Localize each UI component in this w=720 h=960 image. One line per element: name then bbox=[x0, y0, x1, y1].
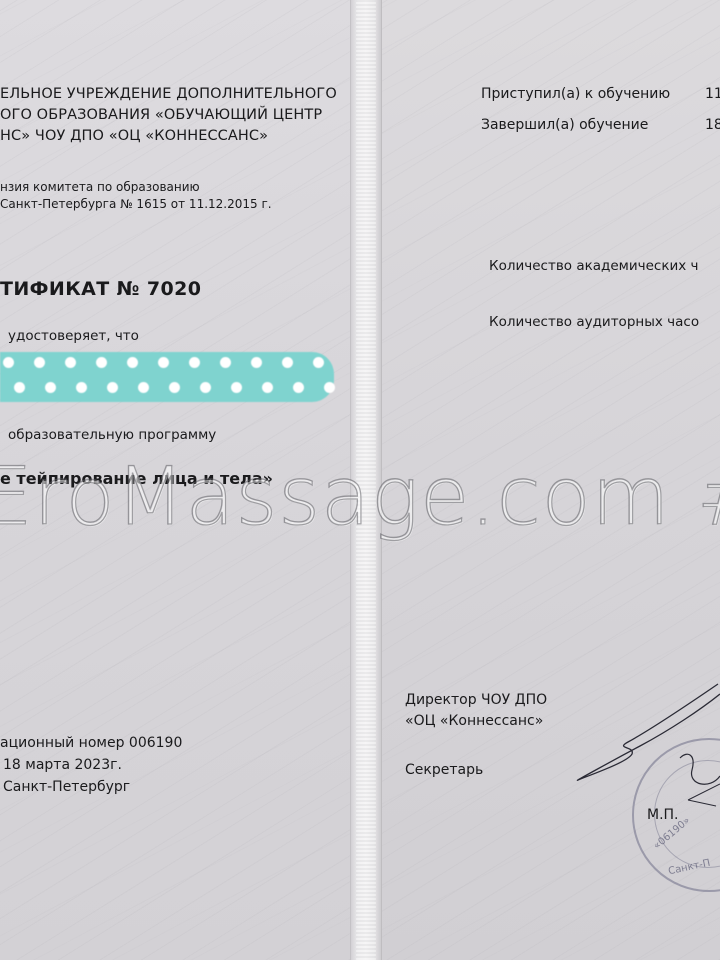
redaction-dot bbox=[200, 382, 211, 393]
started-value: 11 bbox=[705, 86, 720, 102]
redaction-dot bbox=[76, 382, 87, 393]
stamp-place-label: М.П. bbox=[647, 807, 679, 823]
redaction-dot bbox=[138, 382, 149, 393]
redaction-dot bbox=[293, 382, 304, 393]
redaction-dot bbox=[158, 357, 169, 368]
redaction-dot bbox=[324, 382, 335, 393]
name-redaction-overlay bbox=[0, 352, 334, 402]
registration-number: ационный номер 006190 bbox=[0, 735, 182, 751]
finished-label: Завершил(а) обучение bbox=[481, 117, 648, 133]
certificate-title: ТИФИКАТ № 7020 bbox=[0, 278, 201, 300]
director-title-line-1: Директор ЧОУ ДПО bbox=[405, 692, 547, 708]
watermark-text: EroMassage.com # bbox=[0, 452, 720, 542]
started-label: Приступил(а) к обучению bbox=[481, 86, 670, 102]
redaction-dot bbox=[220, 357, 231, 368]
redaction-dot bbox=[14, 382, 25, 393]
institution-line-3: НС» ЧОУ ДПО «ОЦ «КОННЕССАНС» bbox=[0, 126, 268, 146]
certifies-text: удостоверяет, что bbox=[8, 328, 139, 344]
redaction-dot bbox=[65, 357, 76, 368]
redaction-dot bbox=[45, 382, 56, 393]
redaction-dot bbox=[127, 357, 138, 368]
finished-value: 18 bbox=[705, 117, 720, 133]
redaction-dot bbox=[169, 382, 180, 393]
secretary-label: Секретарь bbox=[405, 762, 483, 778]
redaction-dot bbox=[282, 357, 293, 368]
issue-city: Санкт-Петербург bbox=[3, 779, 130, 795]
institution-line-1: ЕЛЬНОЕ УЧРЕЖДЕНИЕ ДОПОЛНИТЕЛЬНОГО bbox=[0, 84, 337, 104]
redaction-dot bbox=[251, 357, 262, 368]
institution-line-2: ОГО ОБРАЗОВАНИЯ «ОБУЧАЮЩИЙ ЦЕНТР bbox=[0, 105, 322, 125]
redaction-dot bbox=[313, 357, 324, 368]
redaction-dot bbox=[262, 382, 273, 393]
program-intro: образовательную программу bbox=[8, 427, 216, 443]
license-line-2: Санкт-Петербурга № 1615 от 11.12.2015 г. bbox=[0, 196, 272, 212]
academic-hours-label: Количество академических ч bbox=[489, 258, 699, 274]
issue-date: 18 марта 2023г. bbox=[3, 757, 122, 773]
classroom-hours-label: Количество аудиторных часо bbox=[489, 314, 699, 330]
director-title-line-2: «ОЦ «Коннессанс» bbox=[405, 713, 543, 729]
redaction-dot bbox=[3, 357, 14, 368]
redaction-dot bbox=[107, 382, 118, 393]
license-line-1: нзия комитета по образованию bbox=[0, 179, 200, 195]
redaction-dot bbox=[34, 357, 45, 368]
director-signature-icon bbox=[570, 680, 720, 810]
redaction-dot bbox=[231, 382, 242, 393]
redaction-dot bbox=[96, 357, 107, 368]
redaction-dot bbox=[189, 357, 200, 368]
